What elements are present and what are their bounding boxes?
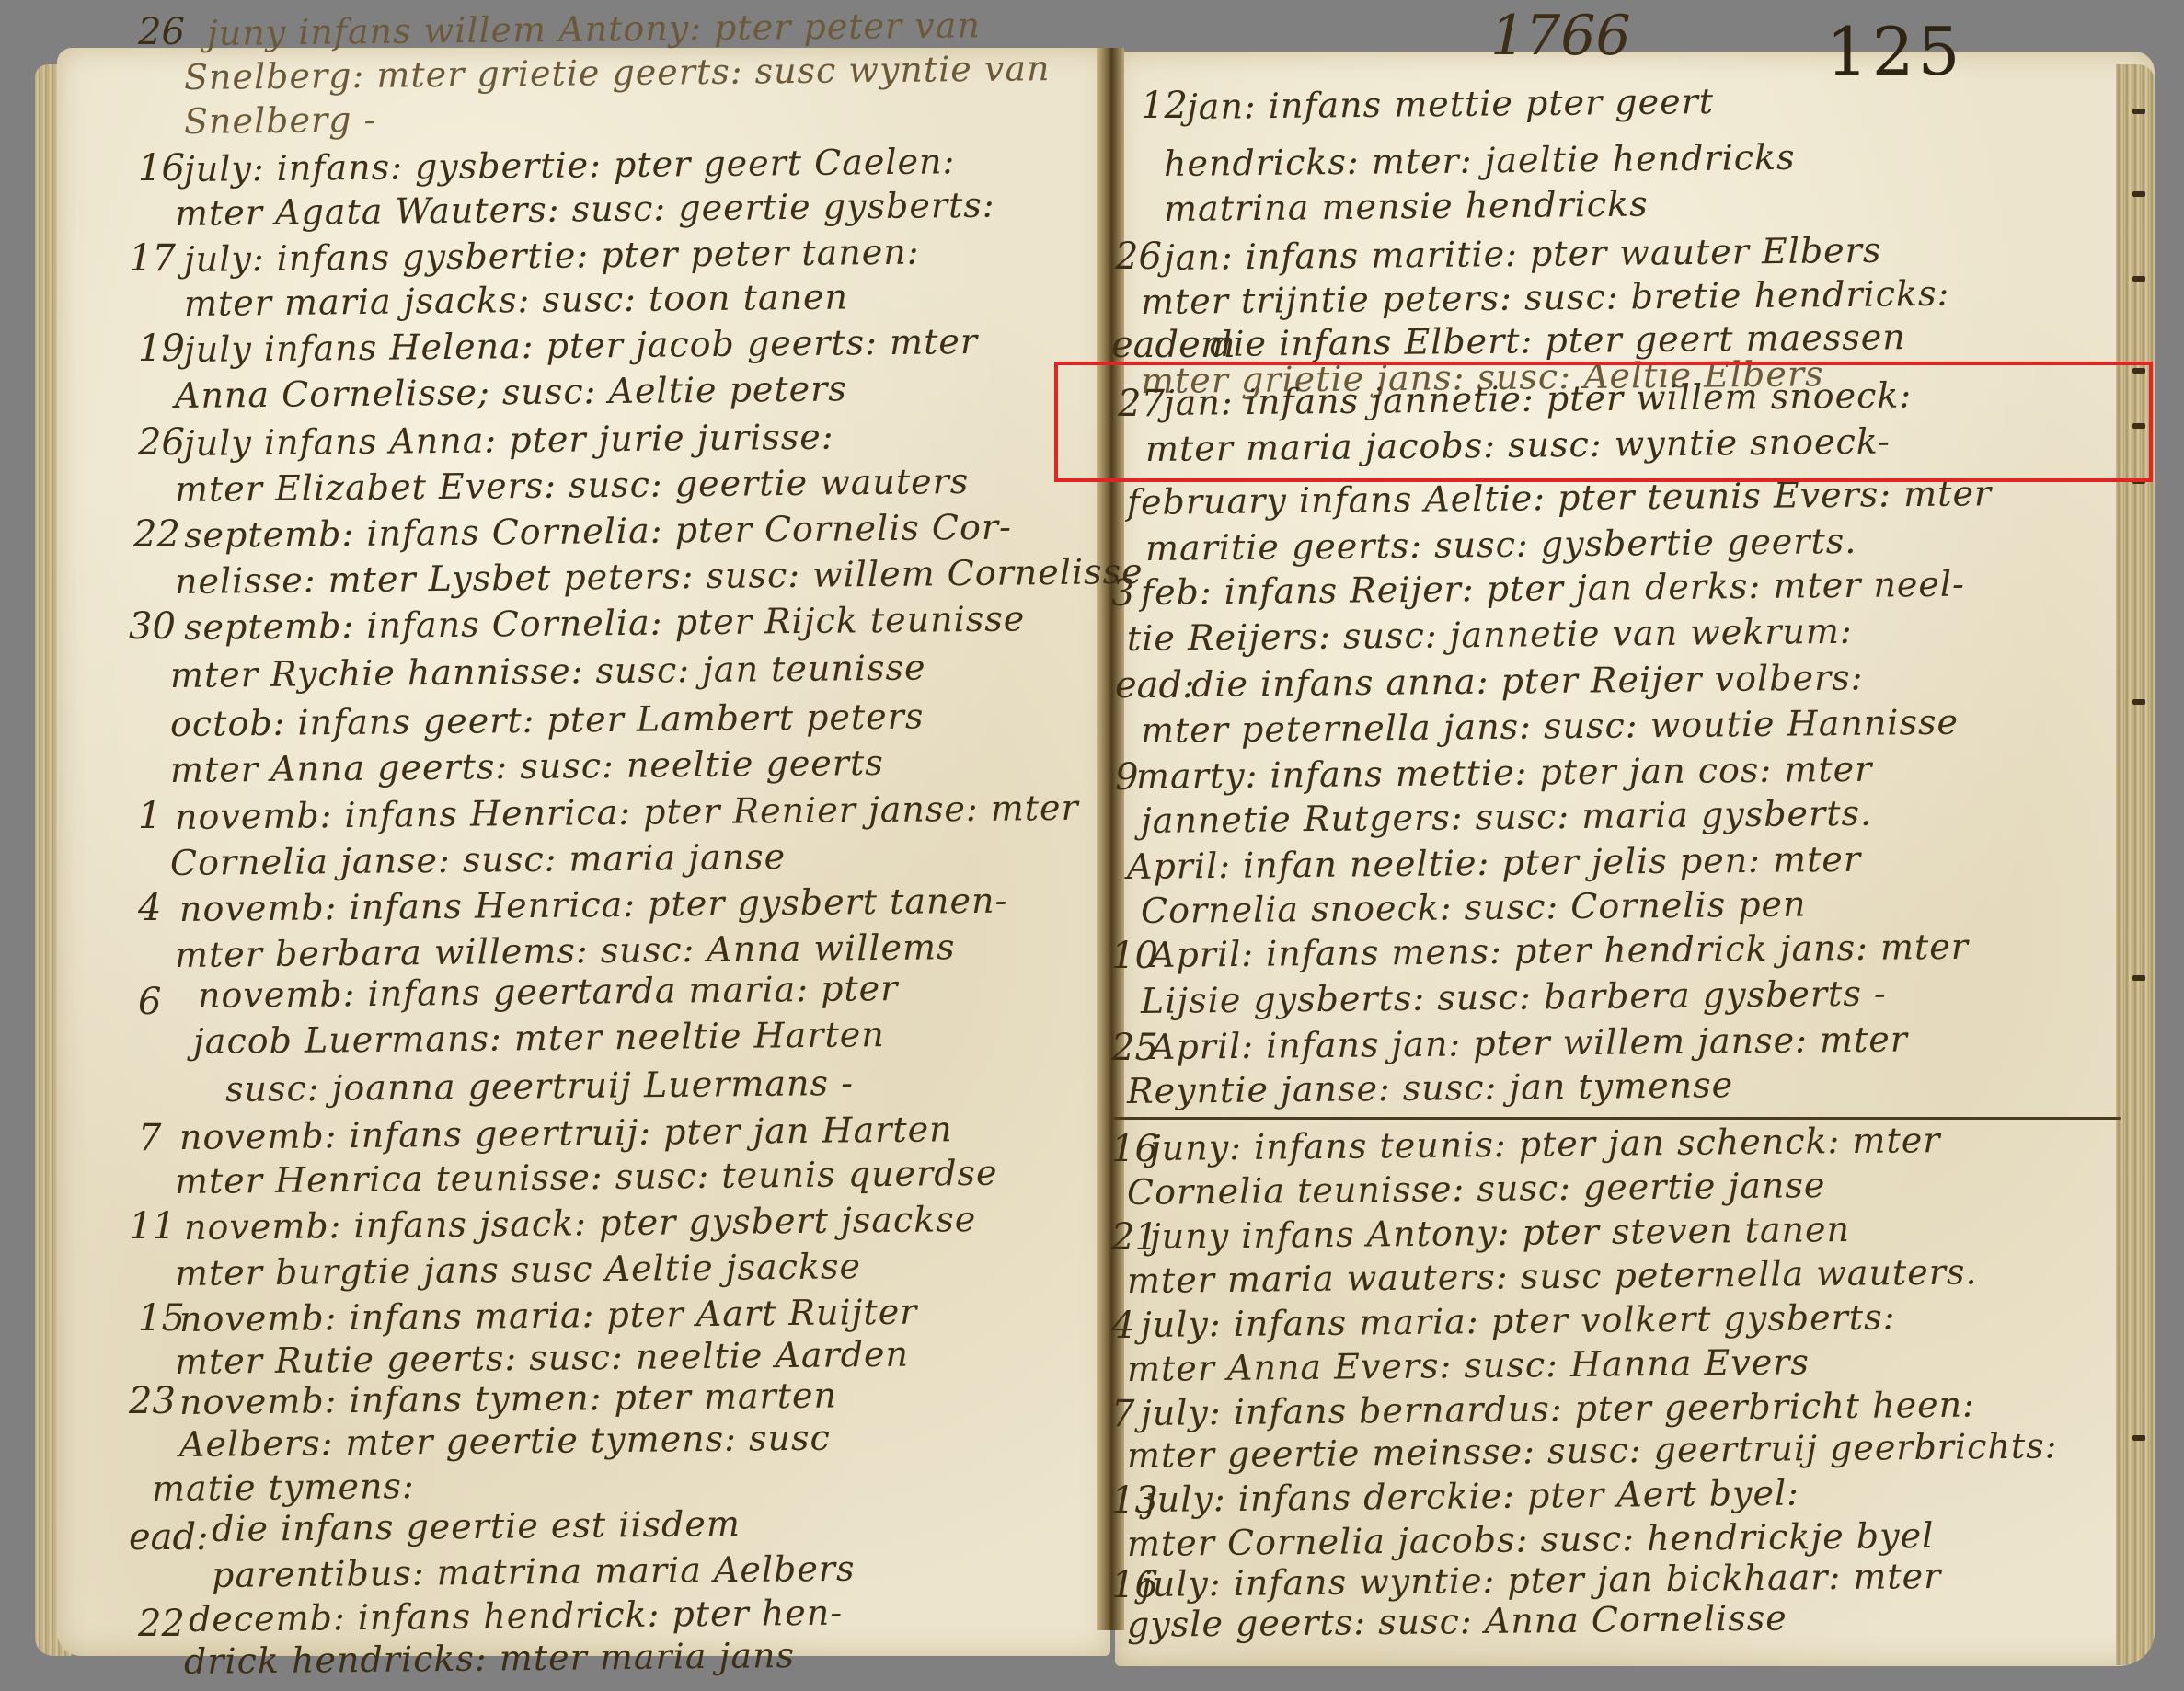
entry-date: 23: [129, 1380, 176, 1422]
register-line: die infans geertie est iisdem: [212, 1503, 741, 1549]
register-line: mter Agata Wauters: susc: geertie gysber…: [175, 185, 995, 234]
entry-date: 7: [1111, 1393, 1134, 1435]
open-register-book: 1766 125 26 juny infans willem Antony: p…: [0, 0, 2184, 1691]
register-line: Cornelia janse: susc: maria janse: [170, 836, 787, 883]
register-line: Aelbers: mter geertie tymens: susc: [179, 1418, 831, 1465]
register-line: octob: infans geert: pter Lambert peters: [170, 696, 925, 744]
register-line: july: infans: gysbertie: pter geert Cael…: [184, 141, 956, 190]
register-line: mter Anna Evers: susc: Hanna Evers: [1127, 1341, 1810, 1389]
register-line: feb: infans Reijer: pter jan derks: mter…: [1141, 564, 1965, 613]
register-line: juny infans Antony: pter steven tanen: [1150, 1209, 1850, 1257]
entry-date: 26: [138, 421, 185, 464]
register-line: mter Anna geerts: susc: neeltie geerts: [170, 742, 884, 790]
entry-date: 26: [138, 11, 185, 53]
register-line: mter trijntie peters: susc: bretie hendr…: [1141, 273, 1950, 322]
register-line: April: infans mens: pter hendrick jans: …: [1150, 926, 1969, 975]
register-line: April: infan neeltie: pter jelis pen: mt…: [1127, 839, 1861, 887]
register-line: novemb: infans geertarda maria: pter: [198, 968, 899, 1016]
register-line: Anna Cornelisse; susc: Aeltie peters: [175, 368, 847, 416]
register-line: july infans Anna: pter jurie jurisse:: [184, 417, 834, 464]
register-line: matrina mensie hendricks: [1164, 183, 1649, 229]
register-line: novemb: infans geertruij: pter jan Harte…: [179, 1109, 953, 1157]
register-line: july: infans gysbertie: pter peter tanen…: [184, 232, 920, 280]
entry-date: 16: [138, 147, 185, 190]
entry-date: 11: [129, 1205, 176, 1248]
register-line: juny infans willem Antony: pter peter va…: [207, 5, 981, 53]
register-line: july: infans derckie: pter Aert byel:: [1145, 1473, 1799, 1520]
folio-number: 125: [1826, 13, 1963, 90]
register-line: hendricks: mter: jaeltie hendricks: [1164, 137, 1796, 184]
register-line: novemb: infans tymen: pter marten: [179, 1375, 837, 1422]
register-line: matie tymens:: [152, 1466, 415, 1509]
register-line: mter Rychie hannisse: susc: jan teunisse: [170, 647, 926, 696]
entry-date: 22: [138, 1603, 185, 1645]
register-line: july: infans maria: pter volkert gysbert…: [1141, 1296, 1896, 1345]
margin-tab-mark: [2132, 975, 2145, 981]
margin-tab-mark: [2132, 1435, 2145, 1441]
entry-date: 15: [138, 1297, 185, 1340]
entry-date: ead:: [129, 1516, 209, 1559]
margin-tab-mark: [2132, 109, 2145, 114]
register-line: Snelberg -: [184, 99, 377, 142]
register-line: mter maria jsacks: susc: toon tanen: [184, 276, 848, 324]
register-line: drick hendricks: mter maria jans: [184, 1635, 795, 1682]
register-line: jannetie Rutgers: susc: maria gysberts.: [1141, 793, 1873, 841]
register-line: septemb: infans Cornelia: pter Cornelis …: [184, 507, 1012, 556]
entry-date: 17: [129, 237, 176, 280]
register-line: Cornelia snoeck: susc: Cornelis pen: [1141, 883, 1807, 931]
register-line: maritie geerts: susc: gysbertie geerts.: [1145, 521, 1857, 569]
margin-tab-mark: [2132, 191, 2145, 197]
register-line: marty: infans mettie: pter jan cos: mter: [1136, 749, 1873, 797]
register-line: novemb: infans maria: pter Aart Ruijter: [179, 1292, 918, 1340]
margin-tab-mark: [2132, 276, 2145, 282]
register-line: mter Henrica teunisse: susc: teunis quer…: [175, 1153, 998, 1202]
register-line: july: infans wyntie: pter jan bickhaar: …: [1141, 1556, 1942, 1605]
right-page-edge: [2116, 64, 2155, 1665]
register-line: july infans Helena: pter jacob geerts: m…: [184, 321, 978, 370]
register-line: mter burgtie jans susc Aeltie jsackse: [175, 1246, 861, 1294]
register-line: juny: infans teunis: pter jan schenck: m…: [1150, 1120, 1941, 1168]
entry-date: ead:: [1115, 664, 1195, 707]
entry-date: 30: [129, 605, 176, 648]
entry-date: 4: [138, 887, 161, 929]
register-line: April: infans jan: pter willem janse: mt…: [1150, 1018, 1908, 1067]
entry-date: 12: [1141, 85, 1188, 127]
register-line: die infans anna: pter Reijer volbers:: [1191, 657, 1864, 705]
register-line: Lijsie gysberts: susc: barbera gysberts …: [1141, 973, 1887, 1021]
register-line: jacob Luermans: mter neeltie Harten: [193, 1014, 885, 1062]
entry-date: 22: [133, 513, 180, 556]
register-line: jan: infans maritie: pter wauter Elbers: [1164, 230, 1882, 278]
register-line: mter peternella jans: susc: woutie Hanni…: [1141, 702, 1959, 751]
register-line: decemb: infans hendrick: pter hen-: [189, 1593, 844, 1639]
year-heading: 1766: [1490, 4, 1631, 68]
register-line: gysle geerts: susc: Anna Cornelisse: [1127, 1597, 1787, 1645]
register-line: Cornelia teunisse: susc: geertie janse: [1127, 1165, 1826, 1213]
register-line: tie Reijers: susc: jannetie van wekrum:: [1127, 611, 1853, 659]
entry-date: 3: [1111, 572, 1134, 615]
register-line: jan: infans mettie pter geert: [1187, 81, 1714, 127]
register-line: mter Elizabet Evers: susc: geertie waute…: [175, 461, 970, 510]
register-line: novemb: infans jsack: pter gysbert jsack…: [184, 1199, 977, 1248]
register-line: Reyntie janse: susc: jan tymense: [1127, 1064, 1734, 1111]
register-line: parentibus: matrina maria Aelbers: [212, 1548, 856, 1595]
entry-date: 9: [1115, 756, 1138, 799]
register-line: novemb: infans Henrica: pter gysbert tan…: [179, 880, 1008, 929]
margin-tab-mark: [2132, 699, 2145, 705]
divider-rule: [1113, 1117, 2121, 1120]
register-line: susc: joanna geertruij Luermans -: [225, 1063, 854, 1110]
entry-date: 7: [138, 1117, 161, 1159]
entry-date: 6: [138, 981, 161, 1023]
entry-date: 26: [1115, 236, 1162, 278]
highlight-box: [1054, 362, 2153, 482]
entry-date: 4: [1111, 1305, 1134, 1347]
entry-date: 19: [138, 328, 185, 370]
entry-date: 1: [138, 795, 161, 837]
